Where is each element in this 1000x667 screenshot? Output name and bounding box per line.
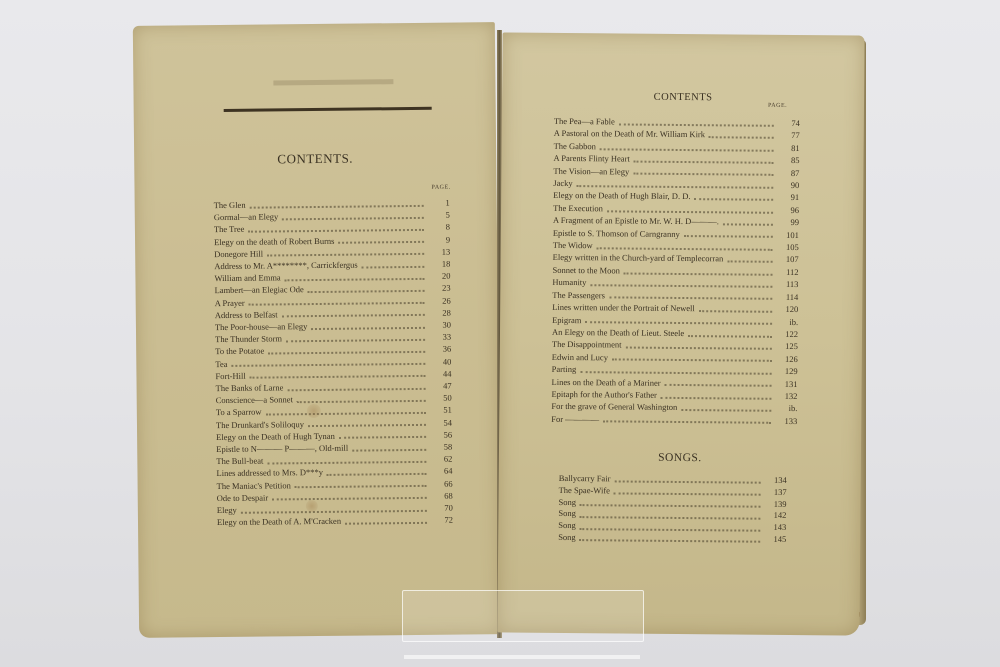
entry-title: Song [558, 532, 576, 544]
dot-leader [250, 374, 426, 379]
dot-leader [577, 184, 774, 189]
entry-page-number: 129 [776, 365, 798, 378]
contents-list: The Pea—a Fable74A Pastoral on the Death… [551, 115, 800, 427]
dot-leader [266, 411, 426, 416]
entry-page-number: ib. [775, 402, 797, 415]
dot-leader [603, 420, 771, 424]
entry-title: Song [558, 508, 576, 520]
dot-leader [580, 370, 771, 375]
open-book: CONTENTS. PAGE. The Glen1Gormal—an Elegy… [0, 0, 1000, 667]
entry-page-number: 137 [765, 487, 787, 499]
contents-heading: CONTENTS. [134, 149, 496, 169]
dot-leader [308, 289, 425, 293]
entry-page-number: 1 [428, 197, 450, 209]
entry-title: The Bull-beat [216, 455, 263, 468]
dot-leader [282, 313, 425, 317]
entry-title: Ode to Despair [217, 491, 269, 504]
dot-leader [297, 399, 426, 403]
entry-page-number: 91 [777, 191, 799, 204]
entry-page-number: 50 [430, 392, 452, 404]
entry-page-number: 114 [776, 291, 798, 304]
dot-leader [709, 135, 774, 139]
dot-leader [661, 395, 772, 399]
entry-page-number: 113 [776, 278, 798, 291]
entry-title: Address to Mr. A********, Carrickfergus [214, 259, 358, 273]
entry-page-number: 30 [429, 319, 451, 331]
entry-title: The Poor-house—an Elegy [215, 320, 307, 333]
entry-page-number: 68 [431, 489, 453, 501]
entry-title: A Prayer [215, 296, 245, 309]
entry-page-number: 126 [776, 353, 798, 366]
entry-title: For the grave of General Washington [551, 400, 677, 414]
show-through-text [273, 79, 393, 85]
contents-entry: Song145 [558, 532, 786, 546]
dot-leader [612, 358, 772, 362]
dot-leader [249, 301, 425, 306]
entry-title: Fort-Hill [215, 370, 245, 383]
entry-title: Conscience—a Sonnet [216, 394, 293, 407]
entry-page-number: 90 [777, 179, 799, 192]
entry-title: Gormal—an Elegy [214, 211, 279, 224]
entry-page-number: 74 [778, 117, 800, 130]
entry-title: For ———— [551, 413, 599, 426]
entry-page-number: 70 [431, 502, 453, 514]
entry-title: Donegore Hill [214, 247, 263, 260]
entry-title: Ballycarry Fair [559, 473, 611, 485]
entry-page-number: 142 [764, 510, 786, 522]
dot-leader [267, 460, 426, 465]
entry-page-number: 36 [429, 343, 451, 355]
entry-page-number: 5 [428, 209, 450, 221]
dot-leader [624, 271, 773, 275]
entry-page-number: 54 [430, 416, 452, 428]
entry-page-number: 62 [430, 453, 452, 465]
dot-leader [684, 234, 773, 238]
entry-title: Song [558, 520, 576, 532]
dot-leader [250, 203, 424, 208]
foxing-stain [307, 404, 321, 418]
left-page: CONTENTS. PAGE. The Glen1Gormal—an Elegy… [133, 22, 501, 638]
entry-title: The Maniac's Petition [217, 479, 291, 492]
entry-title: Humanity [552, 276, 586, 289]
dot-leader [287, 387, 425, 391]
entry-page-number: 96 [777, 204, 799, 217]
right-page: CONTENTS PAGE. The Pea—a Fable74A Pastor… [497, 32, 864, 635]
dot-leader [327, 472, 427, 476]
dot-leader [633, 172, 773, 176]
entry-page-number: 139 [764, 498, 786, 510]
entry-page-number: 9 [428, 233, 450, 245]
entry-title: The Thunder Storm [215, 333, 282, 346]
contents-entry: Edwin and Lucy126 [552, 351, 798, 366]
entry-title: Epistle to S. Thomson of Carngranny [553, 227, 680, 241]
entry-title: Song [558, 497, 576, 509]
songs-heading: SONGS. [499, 450, 861, 465]
entry-page-number: 122 [776, 328, 798, 341]
entry-page-number: 72 [431, 514, 453, 526]
entry-title: To a Sparrow [216, 406, 262, 419]
entry-title: Elegy [217, 504, 237, 516]
entry-page-number: 132 [775, 390, 797, 403]
entry-page-number: 40 [429, 355, 451, 367]
dot-leader [241, 509, 427, 514]
page-column-label: PAGE. [431, 185, 450, 191]
dot-leader [285, 277, 425, 281]
entry-title: The Drunkard's Soliloquy [216, 418, 304, 431]
dot-leader [580, 515, 761, 520]
dot-leader [248, 228, 424, 233]
dot-leader [268, 350, 425, 355]
entry-page-number: 77 [778, 129, 800, 142]
entry-title: The Gabbon [554, 140, 596, 153]
entry-page-number: 8 [428, 221, 450, 233]
dot-leader [352, 448, 426, 452]
entry-title: Elegy on the Death of Hugh Blair, D. D. [553, 189, 690, 203]
entry-title: The Tree [214, 223, 245, 236]
entry-page-number: 56 [430, 428, 452, 440]
songs-list: Ballycarry Fair134The Spae-Wife137Song13… [558, 473, 787, 546]
entry-title: Lines addressed to Mrs. D***y [216, 466, 323, 479]
entry-page-number: 134 [765, 475, 787, 487]
entry-title: An Elegy on the Death of Lieut. Steele [552, 326, 684, 340]
dot-leader [614, 492, 761, 496]
entry-page-number: 131 [776, 377, 798, 390]
entry-title: Elegy on the death of Robert Burns [214, 234, 335, 247]
dot-leader [681, 408, 771, 412]
dot-leader [634, 160, 774, 164]
dot-leader [590, 283, 772, 288]
header-rule [224, 107, 432, 112]
entry-page-number: 51 [430, 404, 452, 416]
entry-title: William and Emma [214, 272, 280, 285]
dot-leader [232, 362, 426, 367]
entry-page-number: 20 [428, 270, 450, 282]
entry-title: Epigram [552, 313, 581, 326]
entry-title: Elegy on the Death of A. M'Cracken [217, 515, 341, 529]
entry-title: Jacky [553, 177, 572, 190]
entry-page-number: 101 [777, 228, 799, 241]
entry-page-number: 33 [429, 331, 451, 343]
entry-title: Sonnet to the Moon [552, 264, 619, 277]
entry-title: The Passengers [552, 289, 605, 302]
entry-page-number: 99 [777, 216, 799, 229]
entry-title: Epistle to N——— P———, Old-mill [216, 442, 348, 456]
entry-page-number: 81 [778, 142, 800, 155]
entry-page-number: ib. [776, 315, 798, 328]
acrylic-book-stand [402, 590, 644, 642]
dot-leader [609, 296, 772, 300]
entry-title: The Execution [553, 202, 603, 215]
entry-page-number: 58 [430, 441, 452, 453]
entry-title: The Banks of Larne [216, 381, 284, 394]
entry-page-number: 107 [777, 253, 799, 266]
dot-leader [607, 209, 773, 213]
entry-page-number: 85 [777, 154, 799, 167]
entry-title: Edwin and Lucy [552, 351, 608, 364]
entry-page-number: 64 [430, 465, 452, 477]
entry-page-number: 143 [764, 522, 786, 534]
entry-page-number: 120 [776, 303, 798, 316]
entry-page-number: 87 [777, 166, 799, 179]
entry-title: To the Potatoe [215, 345, 264, 358]
entry-page-number: 105 [777, 241, 799, 254]
dot-leader [688, 334, 772, 338]
entry-title: A Parents Flinty Heart [553, 152, 629, 165]
entry-title: The Pea—a Fable [554, 115, 615, 128]
dot-leader [699, 309, 772, 313]
entry-page-number: 47 [430, 380, 452, 392]
dot-leader [345, 521, 427, 525]
entry-page-number: 13 [428, 245, 450, 257]
entry-title: Epitaph for the Author's Father [551, 388, 657, 401]
dot-leader [665, 383, 772, 387]
acrylic-stand-base [404, 655, 640, 659]
dot-leader [614, 480, 760, 484]
entry-title: The Spae-Wife [559, 485, 610, 497]
entry-page-number: 23 [429, 282, 451, 294]
entry-page-number: 145 [764, 534, 786, 546]
foxing-stain [306, 500, 318, 512]
entry-title: The Widow [553, 239, 593, 252]
entry-title: Lines on the Death of a Mariner [552, 375, 661, 388]
entry-page-number: 26 [429, 294, 451, 306]
dot-leader [600, 147, 774, 152]
dot-leader [311, 325, 425, 329]
dot-leader [723, 222, 773, 225]
entry-title: The Glen [214, 199, 246, 212]
contents-entry: Lines written under the Portrait of Newe… [552, 301, 798, 316]
dot-leader [727, 260, 772, 263]
contents-entry: The Spae-Wife137 [559, 485, 787, 499]
entry-title: Address to Belfast [215, 308, 278, 321]
entry-page-number: 125 [776, 340, 798, 353]
dot-leader [694, 197, 773, 201]
entry-title: The Vision—an Elegy [553, 165, 629, 178]
page-column-label: PAGE. [768, 103, 787, 109]
entry-page-number: 44 [429, 367, 451, 379]
dot-leader [619, 122, 774, 126]
dot-leader [626, 346, 772, 350]
entry-page-number: 18 [428, 258, 450, 270]
contents-entry: For ————133 [551, 413, 797, 428]
entry-page-number: 66 [431, 477, 453, 489]
entry-title: Tea [215, 358, 227, 370]
dot-leader [362, 264, 425, 268]
dot-leader [282, 216, 424, 220]
dot-leader [272, 496, 427, 501]
entry-page-number: 28 [429, 306, 451, 318]
contents-list: The Glen1Gormal—an Elegy5The Tree8Elegy … [214, 197, 453, 529]
contents-entry: The Vision—an Elegy87 [553, 165, 799, 180]
contents-entry: Elegy on the Death of A. M'Cracken72 [217, 514, 453, 529]
dot-leader [585, 320, 772, 325]
dot-leader [580, 527, 761, 532]
dot-leader [267, 252, 424, 257]
entry-title: Parting [552, 363, 577, 376]
dot-leader [580, 503, 761, 508]
dot-leader [597, 246, 773, 251]
entry-page-number: 112 [776, 266, 798, 279]
dot-leader [286, 338, 425, 342]
dot-leader [339, 435, 426, 439]
dot-leader [338, 240, 424, 244]
entry-title: The Disappointment [552, 338, 622, 351]
entry-page-number: 133 [775, 415, 797, 428]
dot-leader [295, 484, 427, 488]
contents-heading: CONTENTS [502, 90, 864, 104]
dot-leader [308, 423, 426, 427]
entry-title: Lambert—an Elegiac Ode [215, 284, 304, 297]
contents-entry: Sonnet to the Moon112 [552, 264, 798, 279]
dot-leader [580, 538, 761, 543]
